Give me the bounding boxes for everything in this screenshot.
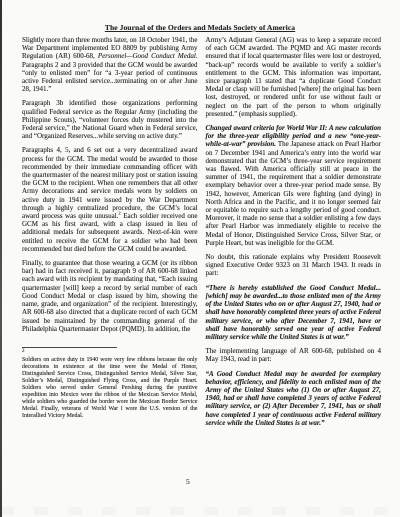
paragraph-text: The Japanese attack on Pearl Harbor on 7… [206,140,382,246]
paragraph-award-process: Paragraphs 4, 5, and 6 set out a very de… [22,146,198,253]
page-header: The Journal of the Orders and Medals Soc… [0,17,400,35]
paragraph-3b-organizations: Paragraph 3b identified those organizati… [22,99,198,140]
paragraph-ar-600-68: Slightly more than three months later, o… [22,36,198,93]
block-quote-ar-600-68: “A Good Conduct Medal may be awarded for… [206,370,382,427]
footnote-marker: 2 [22,349,198,355]
regulation-title-italic: Personnel—Good Conduct Medal [98,52,196,60]
paragraph-record-keeping: Finally, to guarantee that those wearing… [22,259,198,333]
paragraph-text: Paragraphs 4, 5, and 6 set out a very de… [22,146,198,220]
right-column: Army’s Adjutant General (AG) was to keep… [206,36,382,427]
paragraph-implementing-language: The implementing language of AR 600-68, … [206,347,382,363]
page-number: 5 [186,477,190,486]
footnote-text: Soldiers on active duty in 1940 wore ver… [22,357,198,420]
paragraph-changed-criteria: Changed award criteria for World War II:… [206,124,382,247]
left-column: Slightly more than three months later, o… [22,36,198,427]
paragraph-executive-order: No doubt, this rationale explains why Pr… [206,253,382,278]
journal-title: The Journal of the Orders and Medals Soc… [105,23,295,32]
paragraph-duplicate-records: Army’s Adjutant General (AG) was to keep… [206,36,382,118]
scanned-journal-page: The Journal of the Orders and Medals Soc… [0,0,400,517]
article-body: Slightly more than three months later, o… [22,36,381,427]
block-quote-eo-9323: “There is hereby established the Good Co… [206,284,382,341]
scan-edge-artifact [0,0,2,517]
footnote-separator-rule [22,347,117,348]
scan-noise-artifact [0,507,400,515]
